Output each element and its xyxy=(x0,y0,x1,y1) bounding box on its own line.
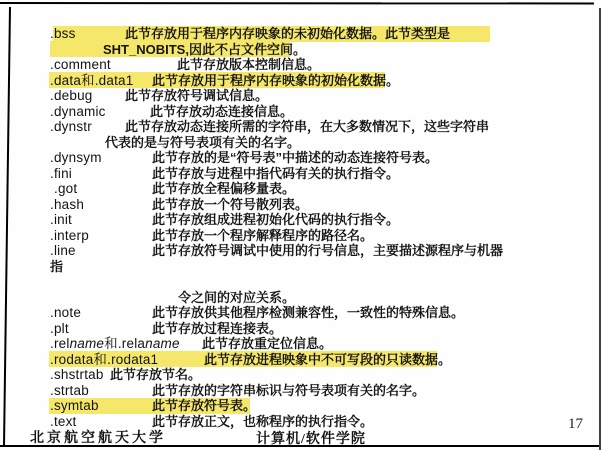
section-description: 此节存放版本控制信息。 xyxy=(177,57,320,73)
section-description: 此节存放用于程序内存映象的初始化数据。 xyxy=(152,73,399,89)
section-row: .dynsym此节存放的是“符号表”中描述的动态连接符号表。 xyxy=(0,150,604,166)
section-description: 令之间的对应关系。 xyxy=(178,290,295,306)
section-name: .symtab xyxy=(50,398,99,414)
section-row: .fini此节存放与进程中指代码有关的执行指令。 xyxy=(0,166,604,182)
section-description: 此节存放用于程序内存映象的未初始化数据。此节类型是 xyxy=(125,26,450,42)
section-name: .rodata和.rodata1 xyxy=(50,352,158,368)
section-row: .data和.data1此节存放用于程序内存映象的初始化数据。 xyxy=(0,73,604,89)
section-row: .symtab此节存放符号表。 xyxy=(0,398,604,414)
section-row: .debug此节存放符号调试信息。 xyxy=(0,88,604,104)
section-name: .init xyxy=(50,212,72,228)
section-name: .dynamic xyxy=(50,104,106,120)
slide-border-top xyxy=(0,3,594,4)
footer-school: 计算机/软件学院 xyxy=(256,428,366,448)
section-name: .interp xyxy=(50,228,89,244)
section-row: .comment此节存放版本控制信息。 xyxy=(0,57,604,73)
section-name: .dynsym xyxy=(50,150,102,166)
section-description: 此节存放的是“符号表”中描述的动态连接符号表。 xyxy=(152,150,438,166)
section-name: .line xyxy=(50,243,76,259)
section-description: 此节存放符号调试信息。 xyxy=(125,88,268,104)
section-name: .text xyxy=(50,414,77,430)
section-description: 此节存放节名。 xyxy=(110,367,201,383)
section-row: .strtab此节存放的字符串标识与符号表项有关的名字。 xyxy=(0,383,604,399)
section-name: .note xyxy=(50,305,81,321)
section-name: .fini xyxy=(50,166,72,182)
section-row: .got此节存放全程偏移量表。 xyxy=(0,181,604,197)
section-description: 此节存放一个符号散列表。 xyxy=(152,197,308,213)
section-row: .init此节存放组成进程初始化代码的执行指令。 xyxy=(0,212,604,228)
section-row: .bss此节存放用于程序内存映象的未初始化数据。此节类型是 xyxy=(0,26,604,42)
section-description: 此节存放进程映象中不可写段的只读数据。 xyxy=(204,352,451,368)
section-description: 此节存放与进程中指代码有关的执行指令。 xyxy=(152,166,399,182)
section-name: .strtab xyxy=(50,383,89,399)
continuation-row: 指 xyxy=(0,259,604,275)
page-number: 17 xyxy=(568,416,583,433)
section-row: .dynamic此节存放动态连接信息。 xyxy=(0,104,604,120)
section-name: .hash xyxy=(50,197,84,213)
section-row: .hash此节存放一个符号散列表。 xyxy=(0,197,604,213)
section-row: .relname和.relaname此节存放重定位信息。 xyxy=(0,336,604,352)
section-row: .interp此节存放一个程序解释程序的路径名。 xyxy=(0,228,604,244)
section-description: 指 xyxy=(50,259,63,275)
section-name: .debug xyxy=(50,88,93,104)
section-row: .dynstr此节存放动态连接所需的字符串，在大多数情况下，这些字符串 xyxy=(0,119,604,135)
section-description: SHT_NOBITS,因此不占文件空间。 xyxy=(103,42,306,58)
section-description: 此节存放供其他程序检测兼容性，一致性的特殊信息。 xyxy=(152,305,464,321)
continuation-row: 代表的是与符号表项有关的名字。 xyxy=(0,135,604,151)
section-row: .note此节存放供其他程序检测兼容性，一致性的特殊信息。 xyxy=(0,305,604,321)
section-name: .relname和.relaname xyxy=(50,336,180,352)
section-name: .got xyxy=(54,181,77,197)
section-row: .rodata和.rodata1此节存放进程映象中不可写段的只读数据。 xyxy=(0,352,604,368)
section-description: 此节存放全程偏移量表。 xyxy=(152,181,295,197)
section-description: 代表的是与符号表项有关的名字。 xyxy=(105,135,300,151)
section-description: 此节存放符号调试中使用的行号信息，主要描述源程序与机器 xyxy=(152,243,503,259)
section-description: 此节存放重定位信息。 xyxy=(202,336,332,352)
section-description: 此节存放符号表。 xyxy=(152,398,256,414)
section-description: 此节存放组成进程初始化代码的执行指令。 xyxy=(152,212,399,228)
continuation-row: 令之间的对应关系。 xyxy=(0,290,604,306)
section-name: .shstrtab xyxy=(50,367,104,383)
section-name: .dynstr xyxy=(50,119,92,135)
section-description: 此节存放动态连接所需的字符串，在大多数情况下，这些字符串 xyxy=(125,119,489,135)
section-row: .line此节存放符号调试中使用的行号信息，主要描述源程序与机器 xyxy=(0,243,604,259)
section-row: .plt此节存放过程连接表。 xyxy=(0,321,604,337)
section-name: .data和.data1 xyxy=(50,73,133,89)
section-name: .plt xyxy=(50,321,69,337)
section-list: .bss此节存放用于程序内存映象的未初始化数据。此节类型是SHT_NOBITS,… xyxy=(0,26,604,429)
section-name: .comment xyxy=(50,57,111,73)
section-description: 此节存放正文，也称程序的执行指令。 xyxy=(152,414,373,430)
blank-row xyxy=(0,274,604,290)
continuation-row: SHT_NOBITS,因此不占文件空间。 xyxy=(0,42,604,58)
section-description: 此节存放动态连接信息。 xyxy=(150,104,293,120)
slide-page: .bss此节存放用于程序内存映象的未初始化数据。此节类型是SHT_NOBITS,… xyxy=(0,0,604,450)
section-description: 此节存放的字符串标识与符号表项有关的名字。 xyxy=(152,383,425,399)
section-name: .bss xyxy=(50,26,76,42)
section-description: 此节存放一个程序解释程序的路径名。 xyxy=(152,228,373,244)
footer-university: 北京航空航天大学 xyxy=(30,427,166,447)
section-row: .shstrtab此节存放节名。 xyxy=(0,367,604,383)
section-description: 此节存放过程连接表。 xyxy=(152,321,282,337)
